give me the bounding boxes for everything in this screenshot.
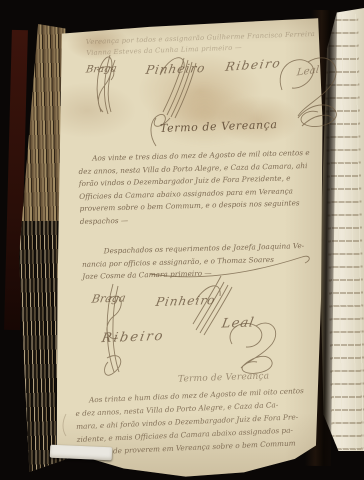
page-marker-tab (50, 445, 113, 461)
page-stain (150, 85, 260, 145)
manuscript-photo: Vereança por todos e assignarão Guilherm… (0, 0, 364, 480)
